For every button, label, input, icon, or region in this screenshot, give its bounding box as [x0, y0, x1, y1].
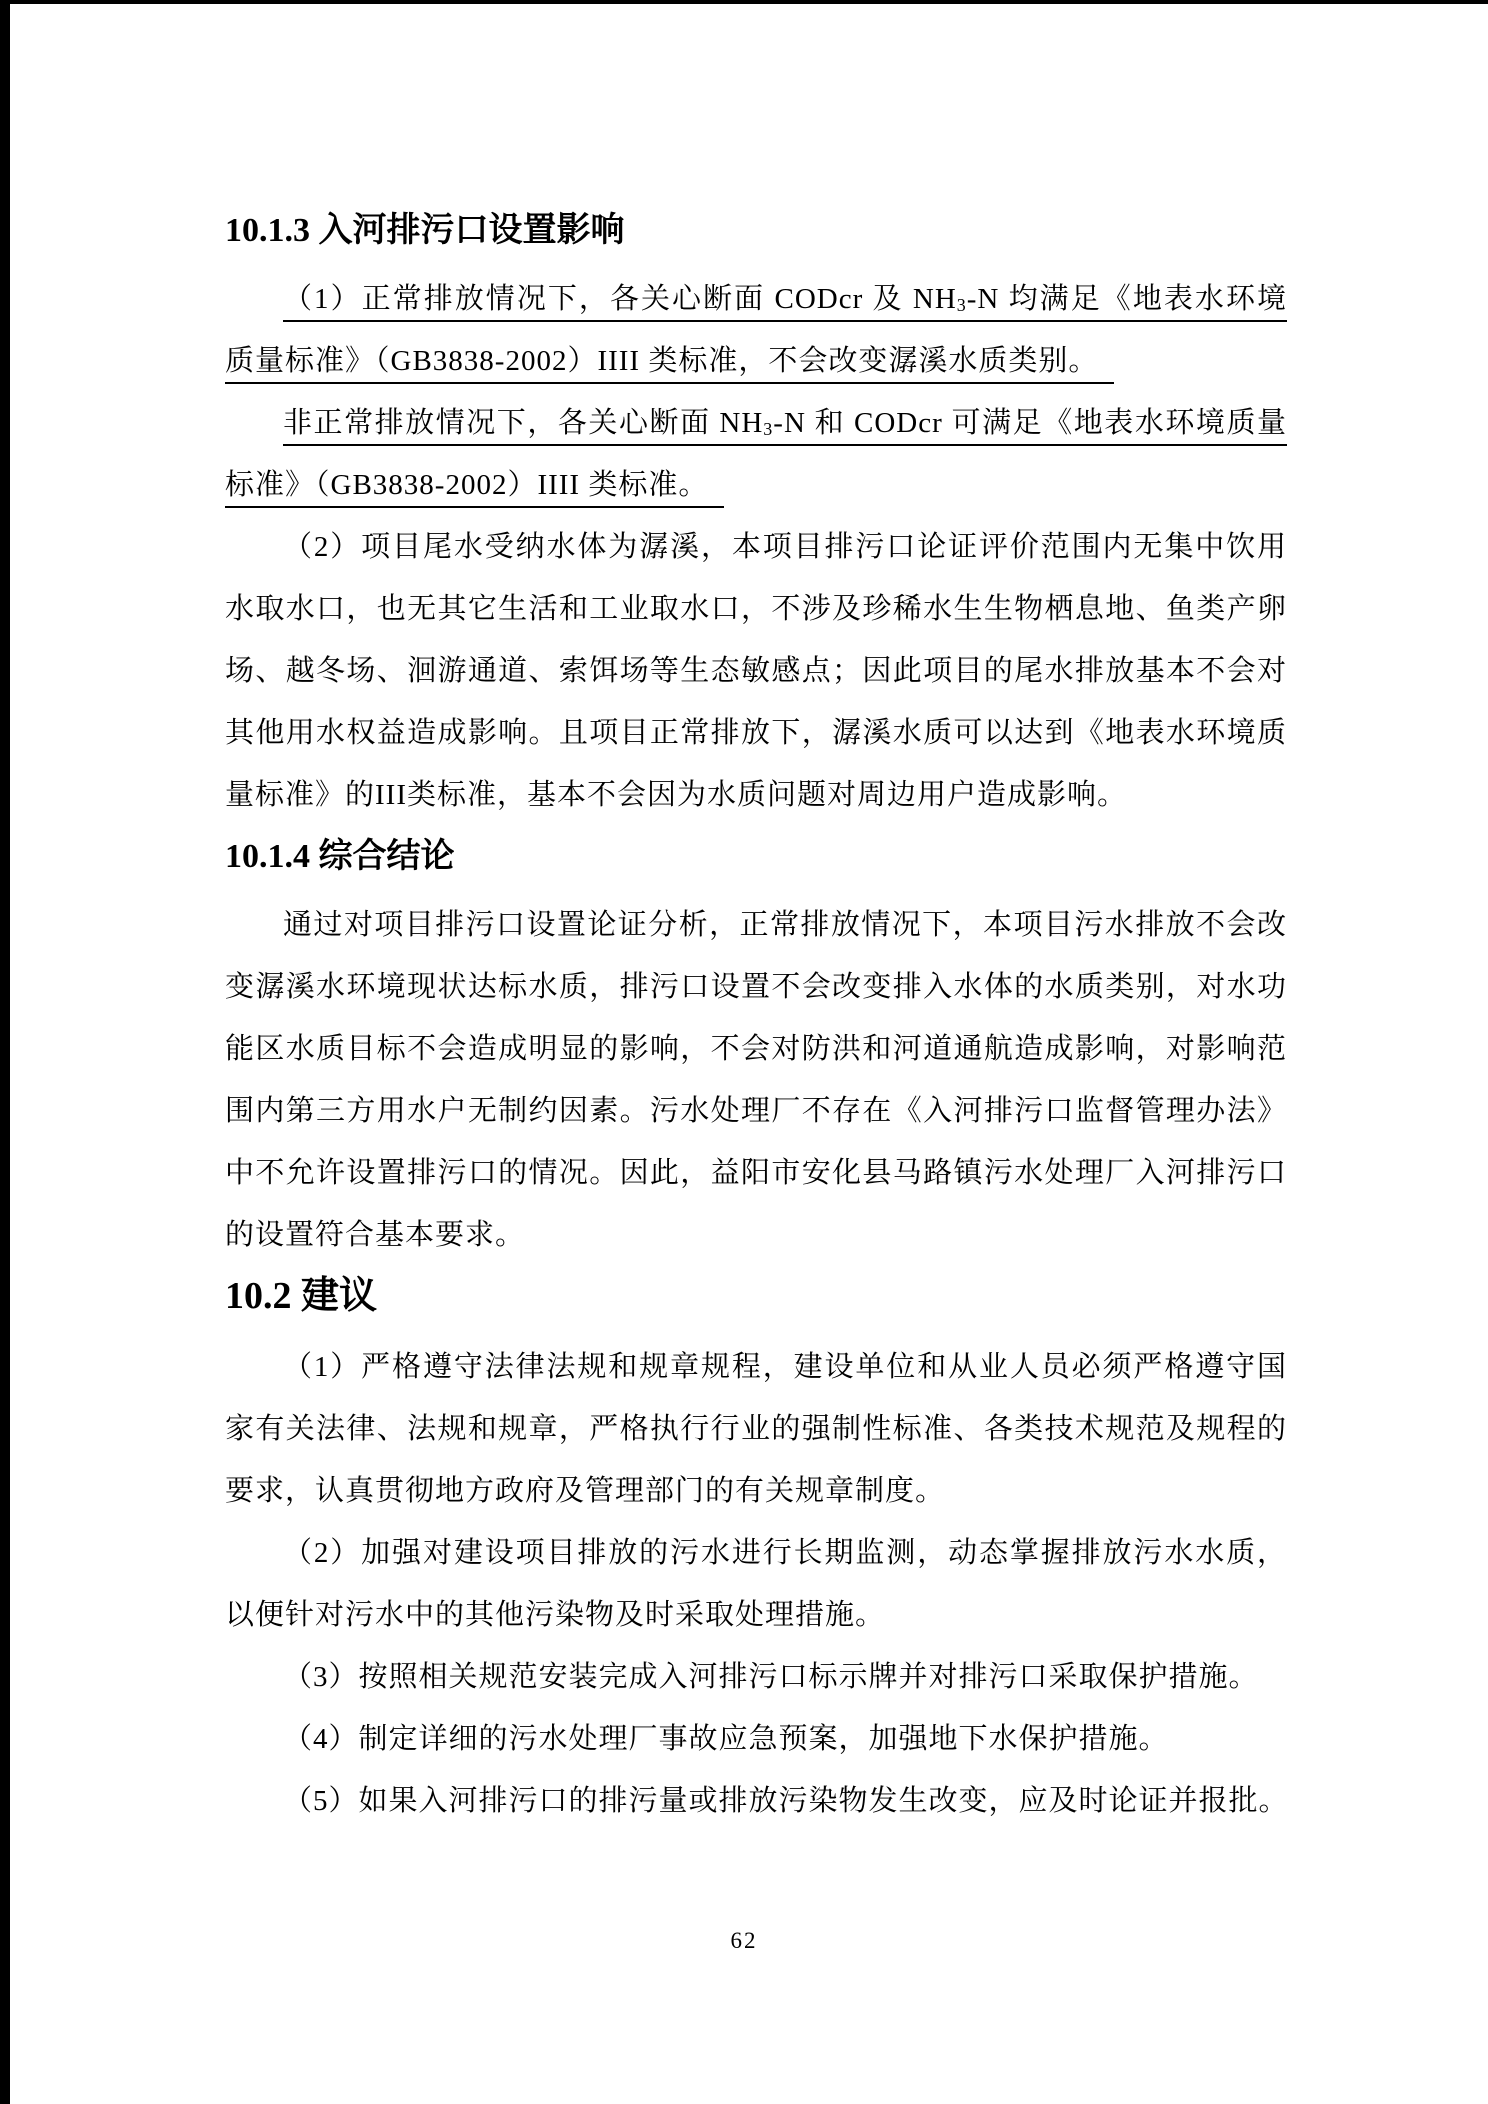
para-line: （5）如果入河排污口的排污量或排放污染物发生改变，应及时论证并报批。 — [225, 1770, 1287, 1832]
para-line: 场、越冬场、洄游通道、索饵场等生态敏感点；因此项目的尾水排放基本不会对 — [225, 640, 1287, 702]
para-line: 家有关法律、法规和规章，严格执行行业的强制性标准、各类技术规范及规程的 — [225, 1398, 1287, 1460]
line-text: （1）正常排放情况下，各关心断面 CODcr 及 NH — [283, 283, 957, 315]
line-text: 质量标准》（GB3838-2002）IIII 类标准，不会改变潺溪水质类别。 — [225, 345, 1114, 384]
para-line: （1）正常排放情况下，各关心断面 CODcr 及 NH3-N 均满足《地表水环境 — [225, 268, 1287, 330]
scan-edge-left — [0, 0, 10, 2104]
subscript: 3 — [957, 295, 967, 315]
heading-10-1-3: 10.1.3 入河排污口设置影响 — [225, 208, 1287, 254]
line-text: 非正常排放情况下，各关心断面 NH — [283, 407, 763, 439]
para-line: 通过对项目排污口设置论证分析，正常排放情况下，本项目污水排放不会改 — [225, 894, 1287, 956]
page-number: 62 — [0, 1928, 1488, 1954]
heading-10-2: 10.2 建议 — [225, 1270, 1287, 1322]
para-line: 标准》（GB3838-2002）IIII 类标准。 — [225, 454, 1287, 516]
page-content: 10.1.3 入河排污口设置影响 （1）正常排放情况下，各关心断面 CODcr … — [225, 208, 1287, 1832]
para-line: （3）按照相关规范安装完成入河排污口标示牌并对排污口采取保护措施。 — [225, 1646, 1287, 1708]
para-line: 量标准》的III类标准，基本不会因为水质问题对周边用户造成影响。 — [225, 764, 1287, 826]
para-line: 以便针对污水中的其他污染物及时采取处理措施。 — [225, 1584, 1287, 1646]
para-line: 要求，认真贯彻地方政府及管理部门的有关规章制度。 — [225, 1460, 1287, 1522]
para-line: 能区水质目标不会造成明显的影响，不会对防洪和河道通航造成影响，对影响范 — [225, 1018, 1287, 1080]
para-line: 变潺溪水环境现状达标水质，排污口设置不会改变排入水体的水质类别，对水功 — [225, 956, 1287, 1018]
para-line: （2）加强对建设项目排放的污水进行长期监测，动态掌握排放污水水质， — [225, 1522, 1287, 1584]
para-line: 中不允许设置排污口的情况。因此，益阳市安化县马路镇污水处理厂入河排污口 — [225, 1142, 1287, 1204]
document-page: 10.1.3 入河排污口设置影响 （1）正常排放情况下，各关心断面 CODcr … — [0, 0, 1488, 2104]
line-text: 标准》（GB3838-2002）IIII 类标准。 — [225, 469, 724, 508]
para-line: （4）制定详细的污水处理厂事故应急预案，加强地下水保护措施。 — [225, 1708, 1287, 1770]
para-line: 水取水口，也无其它生活和工业取水口，不涉及珍稀水生生物栖息地、鱼类产卵 — [225, 578, 1287, 640]
para-line: 质量标准》（GB3838-2002）IIII 类标准，不会改变潺溪水质类别。 — [225, 330, 1287, 392]
heading-10-1-4: 10.1.4 综合结论 — [225, 834, 1287, 880]
para-line: （1）严格遵守法律法规和规章规程，建设单位和从业人员必须严格遵守国 — [225, 1336, 1287, 1398]
para-line: （2）项目尾水受纳水体为潺溪，本项目排污口论证评价范围内无集中饮用 — [225, 516, 1287, 578]
para-line: 其他用水权益造成影响。且项目正常排放下，潺溪水质可以达到《地表水环境质 — [225, 702, 1287, 764]
line-text: -N 和 CODcr 可满足《地表水环境质量 — [773, 407, 1287, 439]
para-line: 非正常排放情况下，各关心断面 NH3-N 和 CODcr 可满足《地表水环境质量 — [225, 392, 1287, 454]
line-text: -N 均满足《地表水环境 — [967, 283, 1287, 315]
subscript: 3 — [763, 419, 773, 439]
para-line: 的设置符合基本要求。 — [225, 1204, 1287, 1266]
scan-edge-top — [0, 0, 1488, 4]
para-line: 围内第三方用水户无制约因素。污水处理厂不存在《入河排污口监督管理办法》 — [225, 1080, 1287, 1142]
